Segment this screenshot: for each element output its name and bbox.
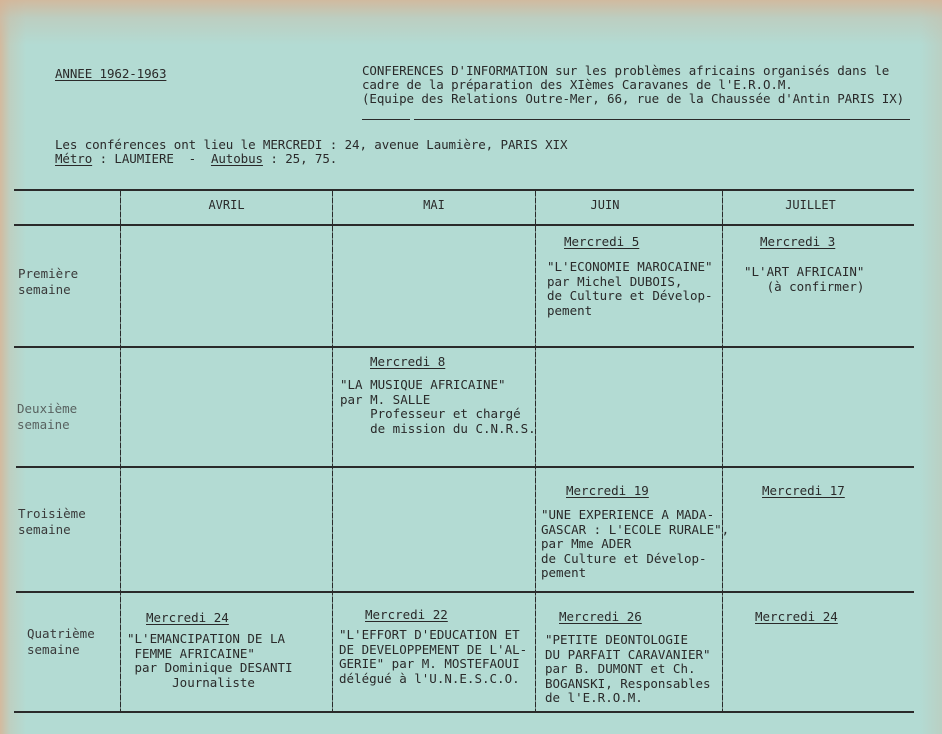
row-rule-1: [14, 346, 914, 348]
title-rule-long: [414, 119, 910, 120]
bus-value: : 25, 75.: [263, 151, 337, 166]
event-date: Mercredi 26: [559, 610, 642, 625]
col-divider-3: [535, 191, 536, 712]
venue-line: Les conférences ont lieu le MERCREDI : 2…: [55, 137, 567, 152]
transport-line: Métro : LAUMIERE - Autobus : 25, 75.: [55, 151, 337, 166]
row-rule-3: [16, 591, 914, 593]
event-date: Mercredi 5: [564, 235, 639, 250]
event-details: "L'EMANCIPATION DE LA FEMME AFRICAINE" p…: [127, 632, 293, 690]
col-divider-4: [722, 191, 723, 712]
week-label-2: Deuxième semaine: [17, 401, 77, 433]
school-year: ANNEE 1962-1963: [55, 66, 166, 81]
title-line-1: CONFERENCES D'INFORMATION sur les problè…: [362, 63, 889, 78]
bus-label: Autobus: [211, 151, 263, 166]
header-bottom-rule: [14, 224, 914, 226]
week-label-4: Quatrième semaine: [27, 626, 95, 658]
event-details: "LA MUSIQUE AFRICAINE" par M. SALLE Prof…: [340, 378, 536, 436]
event-date: Mercredi 17: [762, 484, 845, 499]
title-line-3: (Equipe des Relations Outre-Mer, 66, rue…: [362, 91, 904, 106]
column-header-juillet: JUILLET: [723, 198, 898, 212]
event-date: Mercredi 22: [365, 608, 448, 623]
week-label-3: Troisième semaine: [18, 506, 86, 538]
event-date: Mercredi 24: [146, 611, 229, 626]
title-line-2: cadre de la préparation des XIèmes Carav…: [362, 77, 793, 92]
event-date: Mercredi 19: [566, 484, 649, 499]
col-divider-2: [332, 191, 333, 712]
event-details: "L'ART AFRICAIN" (à confirmer): [744, 265, 864, 294]
row-rule-2: [16, 466, 914, 468]
event-details: "L'ECONOMIE MAROCAINE" par Michel DUBOIS…: [547, 260, 713, 318]
event-details: "UNE EXPERIENCE A MADA- GASCAR : L'ECOLE…: [541, 508, 729, 581]
column-header-juin: JUIN: [536, 198, 674, 212]
col-divider-1: [120, 191, 121, 712]
event-date: Mercredi 8: [370, 355, 445, 370]
title-rule-short: [362, 119, 410, 120]
event-details: "PETITE DEONTOLOGIE DU PARFAIT CARAVANIE…: [545, 633, 711, 706]
table-bottom-rule: [14, 711, 914, 713]
event-date: Mercredi 24: [755, 610, 838, 625]
event-details: "L'EFFORT D'EDUCATION ET DE DEVELOPPEMEN…: [339, 628, 527, 686]
event-date: Mercredi 3: [760, 235, 835, 250]
column-header-avril: AVRIL: [121, 198, 332, 212]
column-header-mai: MAI: [333, 198, 535, 212]
table-top-rule: [14, 189, 914, 191]
metro-value: : LAUMIERE -: [92, 151, 211, 166]
metro-label: Métro: [55, 151, 92, 166]
week-label-1: Première semaine: [18, 266, 78, 298]
